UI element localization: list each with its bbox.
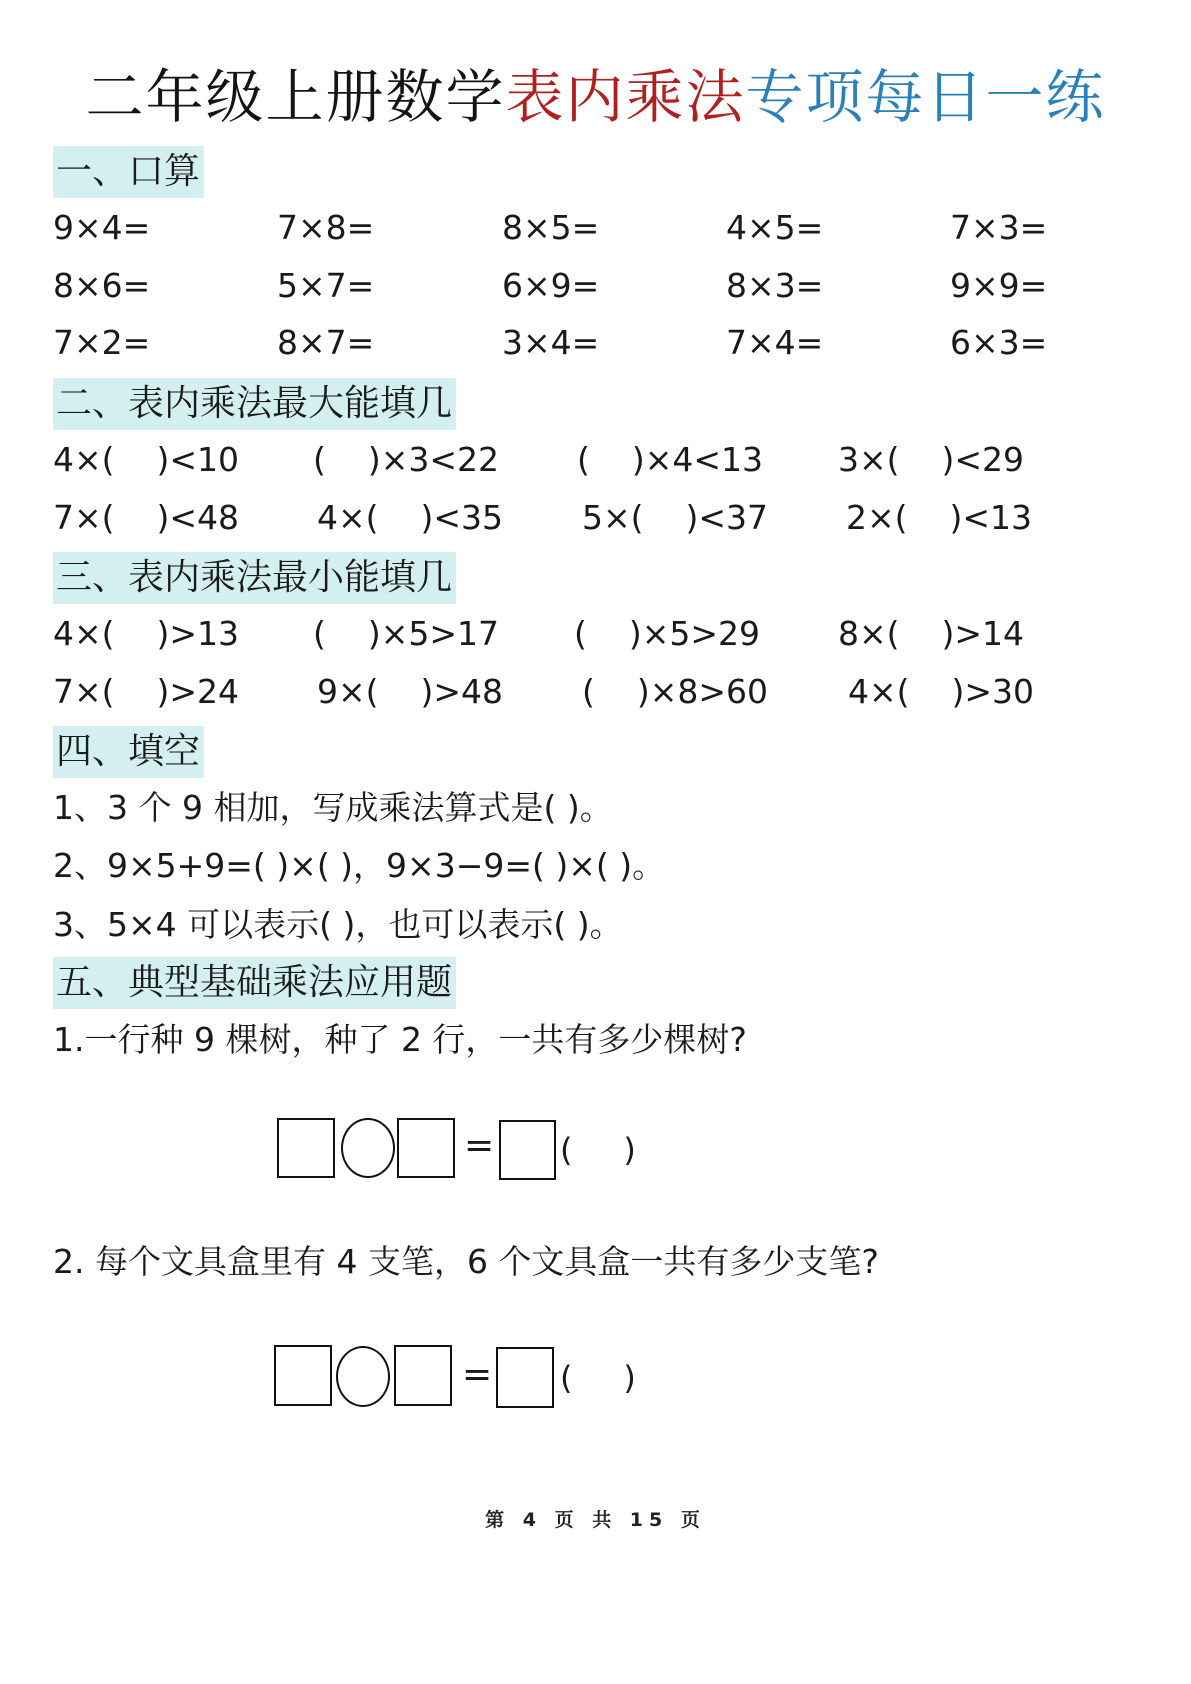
fill-blank-item-2: 2、9×5+9=( )×( )，9×3−9=( )×( )。	[53, 846, 665, 886]
oral-calc-row: 8×6= 5×7= 6×9= 8×3= 9×9=	[0, 266, 1191, 306]
answer-template-1: = ( )	[277, 1118, 677, 1178]
oral-calc-item: 9×9=	[950, 266, 1047, 306]
oral-calc-row: 9×4= 7×8= 8×5= 4×5= 7×3=	[0, 208, 1191, 248]
answer-operator-circle[interactable]	[336, 1346, 390, 1407]
section-heading-min-fill: 三、表内乘法最小能填几	[53, 552, 456, 604]
min-fill-row: 7×( )>24 9×( )>48 ( )×8>60 4×( )>30	[0, 672, 1191, 712]
max-fill-item: ( )×3<22	[313, 440, 499, 480]
answer-box-factor-1[interactable]	[274, 1345, 332, 1406]
max-fill-item: 4×( )<35	[317, 498, 503, 538]
page-number: 第 4 页 共 15 页	[0, 1505, 1191, 1532]
max-fill-row: 4×( )<10 ( )×3<22 ( )×4<13 3×( )<29	[0, 440, 1191, 480]
max-fill-item: 7×( )<48	[53, 498, 239, 538]
max-fill-item: 4×( )<10	[53, 440, 239, 480]
title-part-grade: 二年级上册数学	[85, 63, 505, 131]
min-fill-item: 7×( )>24	[53, 672, 239, 712]
section-heading-oral-calc: 一、口算	[53, 146, 204, 198]
section-heading-max-fill: 二、表内乘法最大能填几	[53, 378, 456, 430]
min-fill-item: ( )×8>60	[582, 672, 768, 712]
title-part-topic: 表内乘法	[505, 63, 745, 131]
answer-box-result[interactable]	[499, 1120, 556, 1180]
min-fill-item: 9×( )>48	[317, 672, 503, 712]
min-fill-item: ( )×5>17	[313, 614, 499, 654]
max-fill-item: 3×( )<29	[838, 440, 1024, 480]
answer-box-factor-2[interactable]	[397, 1118, 455, 1178]
unit-paren[interactable]: ( )	[560, 1120, 636, 1180]
max-fill-item: 5×( )<37	[582, 498, 768, 538]
min-fill-item: ( )×5>29	[574, 614, 760, 654]
oral-calc-item: 8×6=	[53, 266, 150, 306]
oral-calc-item: 8×5=	[502, 208, 599, 248]
answer-template-2: = ( )	[274, 1345, 674, 1405]
answer-box-factor-2[interactable]	[394, 1345, 452, 1406]
oral-calc-item: 6×9=	[502, 266, 599, 306]
section-heading-word-problems: 五、典型基础乘法应用题	[53, 957, 456, 1009]
answer-box-factor-1[interactable]	[277, 1118, 335, 1178]
fill-blank-item-3: 3、5×4 可以表示( )，也可以表示( )。	[53, 905, 623, 945]
min-fill-item: 8×( )>14	[838, 614, 1024, 654]
word-problem-2-text: 2. 每个文具盒里有 4 支笔，6 个文具盒一共有多少支笔?	[53, 1242, 879, 1282]
min-fill-row: 4×( )>13 ( )×5>17 ( )×5>29 8×( )>14	[0, 614, 1191, 654]
oral-calc-item: 7×8=	[277, 208, 374, 248]
equals-sign: =	[462, 1345, 492, 1405]
oral-calc-item: 7×3=	[950, 208, 1047, 248]
answer-operator-circle[interactable]	[341, 1118, 395, 1178]
oral-calc-item: 8×3=	[726, 266, 823, 306]
unit-paren[interactable]: ( )	[560, 1348, 636, 1408]
oral-calc-item: 7×4=	[726, 323, 823, 363]
fill-blank-item-1: 1、3 个 9 相加，写成乘法算式是( )。	[53, 788, 613, 828]
title-part-practice: 专项每日一练	[746, 63, 1106, 131]
word-problem-1-text: 1.一行种 9 棵树，种了 2 行，一共有多少棵树?	[53, 1020, 747, 1060]
oral-calc-item: 8×7=	[277, 323, 374, 363]
oral-calc-item: 4×5=	[726, 208, 823, 248]
oral-calc-item: 7×2=	[53, 323, 150, 363]
answer-box-result[interactable]	[496, 1347, 554, 1408]
oral-calc-item: 9×4=	[53, 208, 150, 248]
oral-calc-item: 3×4=	[502, 323, 599, 363]
max-fill-item: 2×( )<13	[846, 498, 1032, 538]
page-title: 二年级上册数学表内乘法专项每日一练	[0, 62, 1191, 132]
min-fill-item: 4×( )>30	[848, 672, 1034, 712]
section-heading-fill-blank: 四、填空	[53, 726, 204, 778]
oral-calc-item: 5×7=	[277, 266, 374, 306]
min-fill-item: 4×( )>13	[53, 614, 239, 654]
oral-calc-item: 6×3=	[950, 323, 1047, 363]
max-fill-item: ( )×4<13	[577, 440, 763, 480]
max-fill-row: 7×( )<48 4×( )<35 5×( )<37 2×( )<13	[0, 498, 1191, 538]
equals-sign: =	[464, 1116, 494, 1176]
oral-calc-row: 7×2= 8×7= 3×4= 7×4= 6×3=	[0, 323, 1191, 363]
